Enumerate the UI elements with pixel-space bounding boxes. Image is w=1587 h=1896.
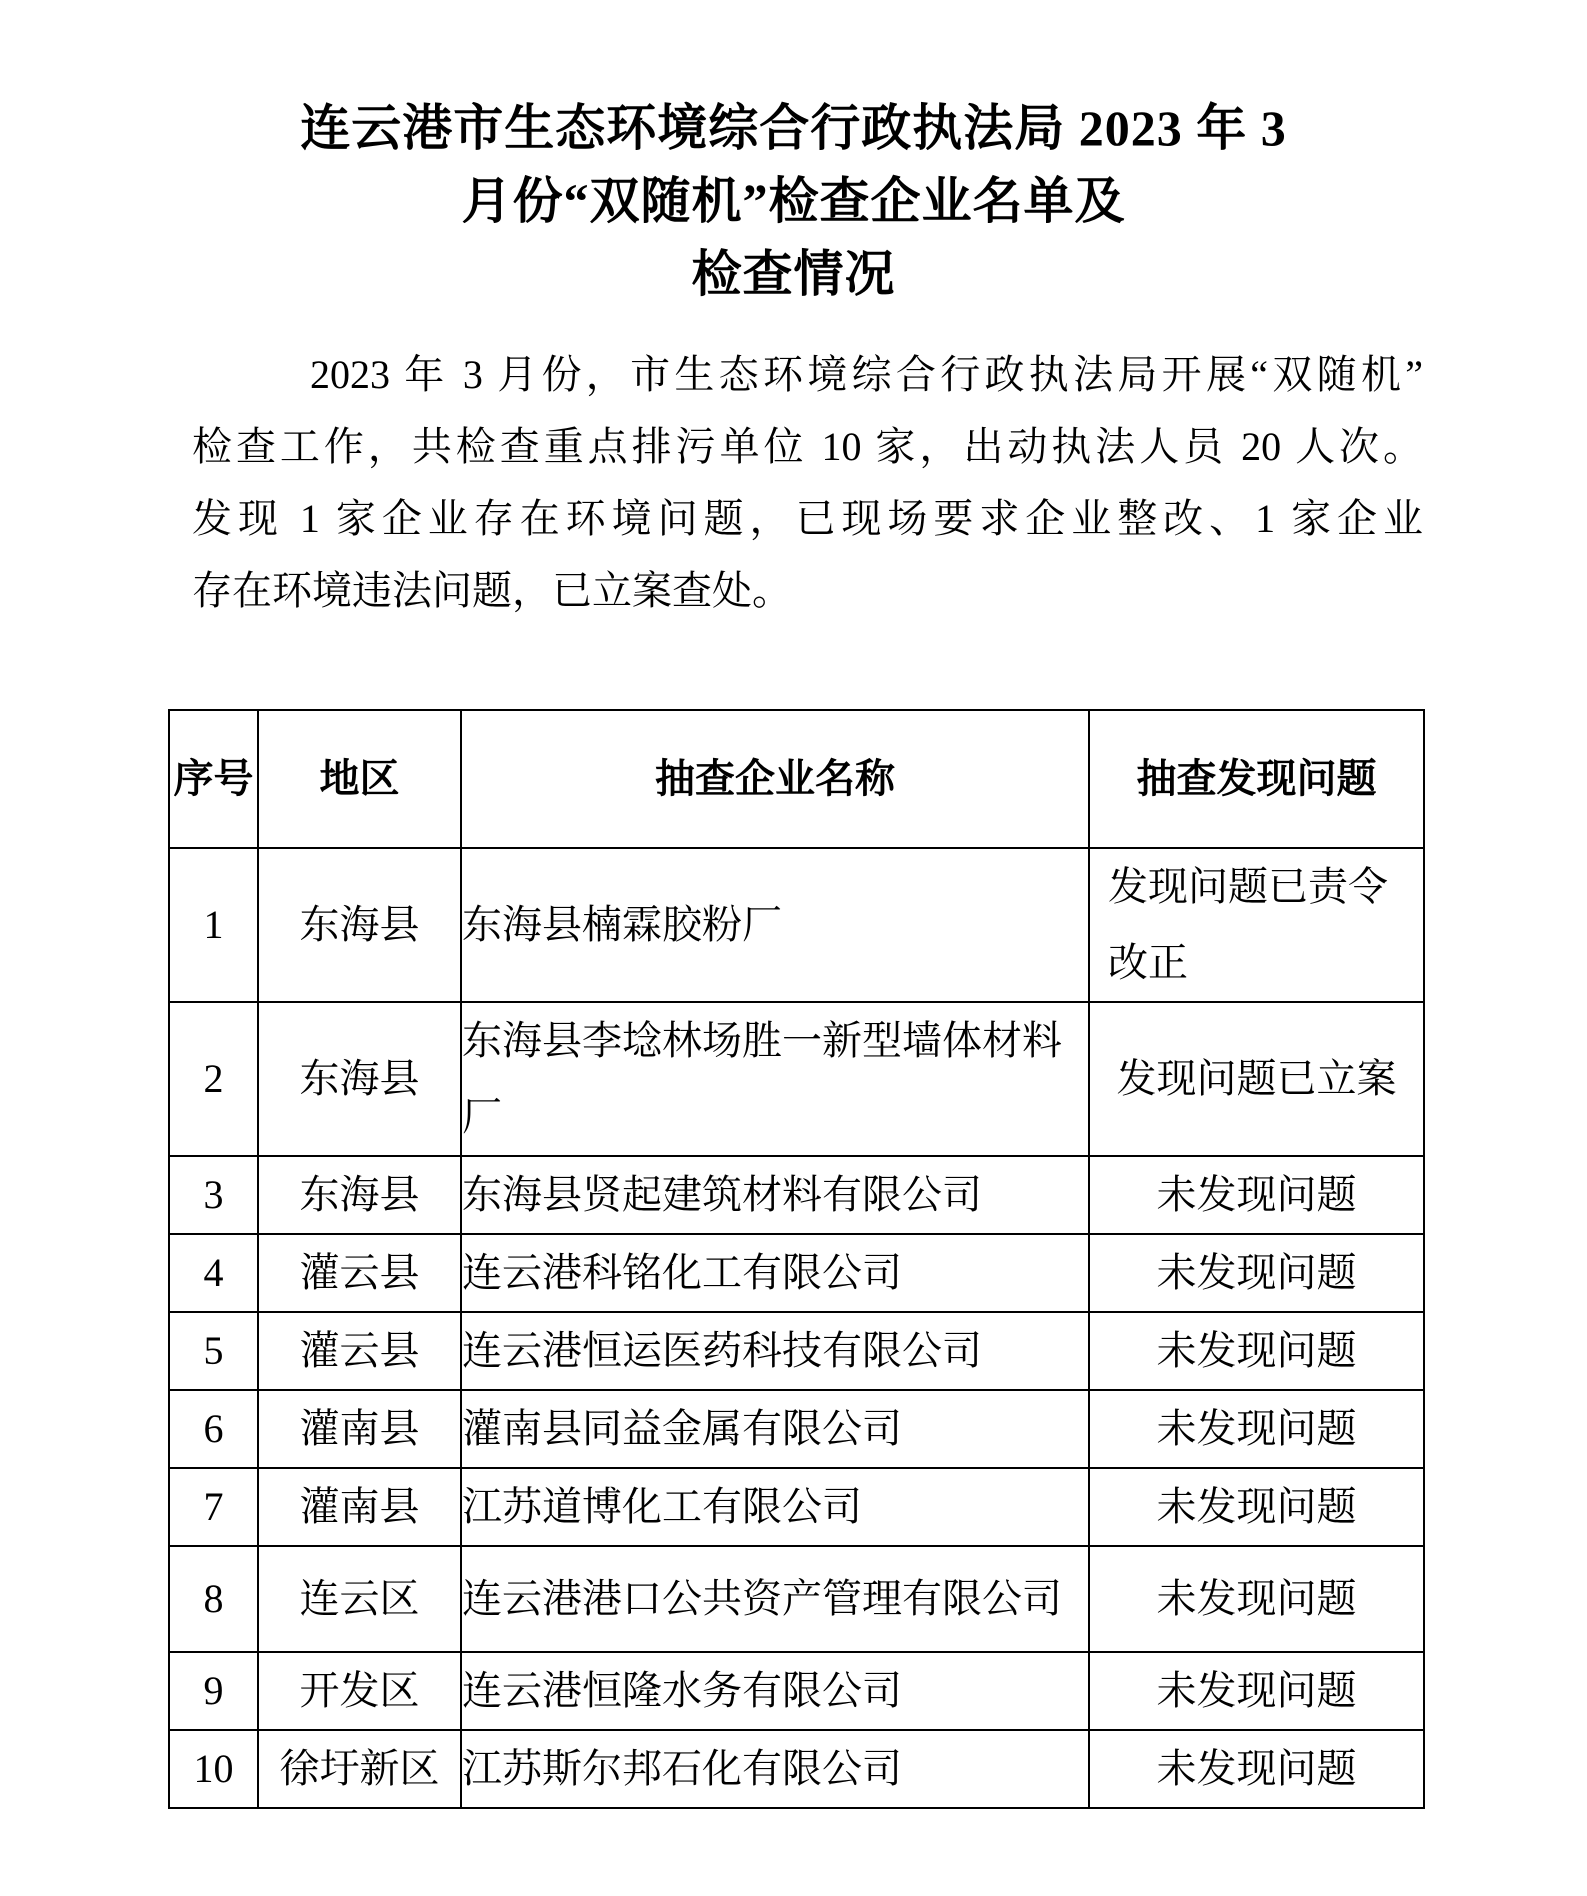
cell-problem: 发现问题已责令改正 <box>1089 848 1424 1002</box>
cell-problem: 发现问题已立案 <box>1089 1002 1424 1156</box>
header-cell-problem: 抽查发现问题 <box>1089 710 1424 848</box>
cell-no: 1 <box>169 848 258 1002</box>
table-row: 10 徐圩新区 江苏斯尔邦石化有限公司 未发现问题 <box>169 1730 1424 1808</box>
title-line: 连云港市生态环境综合行政执法局 2023 年 3 <box>0 92 1587 165</box>
cell-region: 灌云县 <box>258 1234 461 1312</box>
table-row: 1 东海县 东海县楠霖胶粉厂 发现问题已责令改正 <box>169 848 1424 1002</box>
cell-region: 东海县 <box>258 1156 461 1234</box>
cell-company: 连云港恒隆水务有限公司 <box>461 1652 1089 1730</box>
table-row: 9 开发区 连云港恒隆水务有限公司 未发现问题 <box>169 1652 1424 1730</box>
title-line: 检查情况 <box>0 238 1587 311</box>
cell-no: 3 <box>169 1156 258 1234</box>
cell-no: 9 <box>169 1652 258 1730</box>
cell-region: 灌云县 <box>258 1312 461 1390</box>
cell-problem: 未发现问题 <box>1089 1652 1424 1730</box>
cell-company: 连云港恒运医药科技有限公司 <box>461 1312 1089 1390</box>
intro-paragraph: 2023 年 3 月份，市生态环境综合行政执法局开展“双随机” 检查工作，共检查… <box>192 339 1423 627</box>
cell-company: 江苏斯尔邦石化有限公司 <box>461 1730 1089 1808</box>
cell-region: 灌南县 <box>258 1390 461 1468</box>
cell-company: 连云港港口公共资产管理有限公司 <box>461 1546 1089 1652</box>
cell-region: 东海县 <box>258 848 461 1002</box>
cell-company: 江苏道博化工有限公司 <box>461 1468 1089 1546</box>
cell-company: 东海县楠霖胶粉厂 <box>461 848 1089 1002</box>
cell-problem: 未发现问题 <box>1089 1730 1424 1808</box>
cell-company: 东海县贤起建筑材料有限公司 <box>461 1156 1089 1234</box>
cell-company: 连云港科铭化工有限公司 <box>461 1234 1089 1312</box>
intro-line: 存在环境违法问题，已立案查处。 <box>192 555 1423 627</box>
cell-company: 东海县李埝林场胜一新型墙体材料厂 <box>461 1002 1089 1156</box>
table-row: 4 灌云县 连云港科铭化工有限公司 未发现问题 <box>169 1234 1424 1312</box>
table-row: 7 灌南县 江苏道博化工有限公司 未发现问题 <box>169 1468 1424 1546</box>
cell-no: 8 <box>169 1546 258 1652</box>
cell-region: 连云区 <box>258 1546 461 1652</box>
intro-line: 检查工作，共检查重点排污单位 10 家，出动执法人员 20 人次。 <box>192 411 1423 483</box>
table-header-row: 序号 地区 抽查企业名称 抽查发现问题 <box>169 710 1424 848</box>
header-cell-no: 序号 <box>169 710 258 848</box>
cell-no: 10 <box>169 1730 258 1808</box>
cell-no: 7 <box>169 1468 258 1546</box>
cell-region: 徐圩新区 <box>258 1730 461 1808</box>
cell-no: 2 <box>169 1002 258 1156</box>
page-title: 连云港市生态环境综合行政执法局 2023 年 3 月份“双随机”检查企业名单及 … <box>0 0 1587 311</box>
header-cell-company: 抽查企业名称 <box>461 710 1089 848</box>
table-row: 5 灌云县 连云港恒运医药科技有限公司 未发现问题 <box>169 1312 1424 1390</box>
table-row: 2 东海县 东海县李埝林场胜一新型墙体材料厂 发现问题已立案 <box>169 1002 1424 1156</box>
inspection-table: 序号 地区 抽查企业名称 抽查发现问题 1 东海县 东海县楠霖胶粉厂 发现问题已… <box>168 709 1425 1809</box>
table-row: 3 东海县 东海县贤起建筑材料有限公司 未发现问题 <box>169 1156 1424 1234</box>
cell-problem: 未发现问题 <box>1089 1390 1424 1468</box>
table-row: 8 连云区 连云港港口公共资产管理有限公司 未发现问题 <box>169 1546 1424 1652</box>
table-row: 6 灌南县 灌南县同益金属有限公司 未发现问题 <box>169 1390 1424 1468</box>
intro-line: 发现 1 家企业存在环境问题，已现场要求企业整改、1 家企业 <box>192 483 1423 555</box>
cell-region: 东海县 <box>258 1002 461 1156</box>
cell-region: 开发区 <box>258 1652 461 1730</box>
header-cell-region: 地区 <box>258 710 461 848</box>
cell-problem: 未发现问题 <box>1089 1312 1424 1390</box>
cell-problem: 未发现问题 <box>1089 1468 1424 1546</box>
cell-problem: 未发现问题 <box>1089 1156 1424 1234</box>
cell-problem: 未发现问题 <box>1089 1234 1424 1312</box>
cell-problem: 未发现问题 <box>1089 1546 1424 1652</box>
cell-no: 4 <box>169 1234 258 1312</box>
title-line: 月份“双随机”检查企业名单及 <box>0 165 1587 238</box>
document-page: 连云港市生态环境综合行政执法局 2023 年 3 月份“双随机”检查企业名单及 … <box>0 0 1587 1896</box>
intro-line: 2023 年 3 月份，市生态环境综合行政执法局开展“双随机” <box>192 339 1423 411</box>
cell-company: 灌南县同益金属有限公司 <box>461 1390 1089 1468</box>
cell-region: 灌南县 <box>258 1468 461 1546</box>
cell-no: 5 <box>169 1312 258 1390</box>
cell-no: 6 <box>169 1390 258 1468</box>
